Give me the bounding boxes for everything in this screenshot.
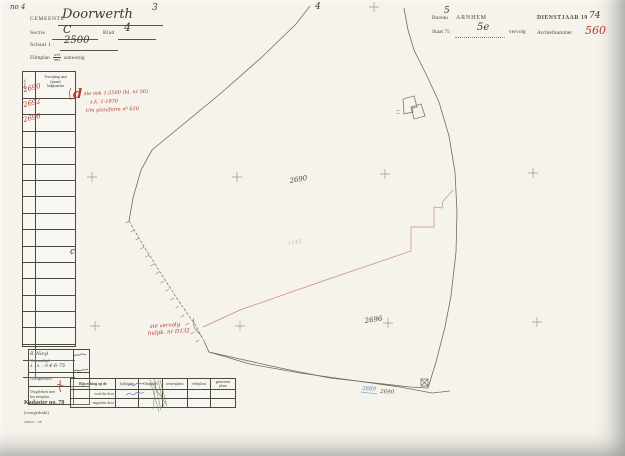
grid-crosses: [87, 2, 542, 331]
hulpkaart-row: [23, 181, 75, 197]
bijwerking-col-nettenplans: nettenplans: [163, 379, 188, 390]
red-note-line2: z.k. 1-1970: [90, 99, 118, 106]
hulpkaart-row: [23, 247, 75, 263]
vervaardigd-date-value: 4-6-75: [49, 363, 65, 369]
blad-label: Blad: [103, 30, 115, 36]
filmplan-label: Filmplan: [30, 55, 50, 61]
archiefnummer-value: 560: [585, 24, 606, 37]
bijwerking-col-bijbladen: bijbladen: [116, 379, 139, 390]
blad-underline: [118, 38, 156, 40]
hulpkaart-row: [23, 214, 75, 230]
sectie-label: Sectie: [30, 30, 45, 36]
archiefnummer-label: Archiefnummer: [537, 30, 572, 36]
kadaster-printed-label: (voorgedrukt): [24, 410, 49, 415]
dienstjaar-value: 74: [589, 11, 600, 21]
schaal-label: Schaal 1 :: [30, 42, 55, 48]
bureau-label: Bureau: [432, 15, 448, 21]
slope-edge: [126, 221, 204, 342]
corner-sheet-number: no 4: [10, 3, 25, 11]
map-red-note-l2: hulpk. nr D132: [148, 328, 191, 337]
bijwerking-col-veldplans: veldplans: [188, 379, 211, 390]
monument-square: [421, 379, 428, 386]
hulpkaart-row: [23, 148, 75, 164]
schaal-value: 2500: [64, 35, 89, 46]
hulpkaart-row: [23, 328, 75, 344]
gemeente-underline: [58, 24, 163, 26]
hulpkaart-row: [23, 296, 75, 312]
bijwerking-row-verricht: verricht door: [71, 390, 236, 399]
building-outline: [396, 96, 425, 119]
bijwerking-col-gemeenteplans: gemeente plans: [211, 379, 236, 390]
staat-label: Staat 75: [432, 29, 450, 35]
kadaster-form-label: Kadaster no. 78: [24, 400, 64, 406]
nagezien-door-label: nagezien door: [71, 399, 116, 408]
hulpkaart-row: [23, 230, 75, 246]
hulpkaart-row: [23, 263, 75, 279]
hulpkaart-table: plan nr. Verwijzing naar (naam) hulpkaar…: [22, 71, 76, 347]
parcel-label-2690: 2690: [288, 174, 308, 185]
vervaardigd-signature-cell: [73, 350, 89, 372]
filmplan-wel-niet: wel niet: [53, 53, 61, 62]
parcel-boundary: [129, 6, 457, 393]
sheet-number-3: 3: [152, 3, 158, 13]
hulpkaart-rows: [23, 99, 75, 378]
staat-dotline: [455, 36, 505, 38]
approval-row-vervaardigd: B. Nieyl Vervaardigd d. – d. – 19 4-6-75: [29, 350, 89, 373]
vervaardigd-date-label: d. – d. – 19: [30, 363, 48, 368]
kadaster-print-code: 22094* - '58: [24, 420, 42, 424]
gemeente-label: GEMEENTE: [30, 16, 64, 22]
pink-survey-line: [203, 190, 453, 327]
parcel-label-faint: 1145: [287, 239, 302, 247]
map-red-note-l1: zie vervolg: [149, 322, 181, 330]
margin-mark-c: c: [70, 247, 75, 257]
staat-value: 5e: [477, 22, 489, 33]
goedgekeurd-label: Goedgekeurd: [30, 376, 52, 381]
filmplan-line: Filmplan wel niet aanwezig: [30, 53, 85, 62]
hulpkaart-col2-header: Verwijzing naar (naam) hulpkaarten: [36, 72, 75, 98]
filmplan-aanwezig: aanwezig: [64, 55, 85, 61]
strip-label-underline: [361, 392, 377, 394]
bijwerking-table: Bijwerking op de bijbladen filmplans net…: [70, 378, 236, 408]
bijwerking-header: Bijwerking op de: [71, 379, 116, 390]
dienstjaar-label: DIENSTJAAR 19: [537, 15, 588, 21]
hulpkaart-row: [23, 279, 75, 295]
vervolg-label: vervolg: [509, 29, 526, 35]
cadastral-sheet: no 4 3 4 5 GEMEENTE Doorwerth Sectie C B…: [0, 0, 625, 456]
bijwerking-col-filmplans: filmplans: [139, 379, 163, 390]
vergeleken-label-l2: het netsplan: [30, 394, 49, 399]
hulpkaart-row: [23, 132, 75, 148]
verricht-door-label: verricht door: [71, 390, 116, 399]
boundary-bottom-lower: [209, 352, 450, 393]
blad-value: 4: [124, 21, 131, 34]
sheet-number-4: 4: [315, 2, 321, 12]
bureau-value: ARNHEM: [456, 15, 487, 21]
hulpkaart-row: [23, 197, 75, 213]
gemeente-value: Doorwerth: [62, 7, 133, 22]
schaal-underline: [60, 49, 118, 51]
red-note-line1: zie ook 1:2500 (bl. nr 56): [84, 89, 148, 97]
hulpkaart-row: [23, 312, 75, 328]
strip-label-blue: 2689: [361, 386, 377, 393]
red-note-line3: t/m plan/form nº 620: [86, 106, 139, 114]
boundary-right: [404, 8, 457, 388]
boundary-left: [129, 6, 310, 221]
parcel-label-2696: 2696: [363, 315, 383, 326]
strip-label-dark: 2690: [379, 389, 395, 396]
boundary-bottom-upper: [204, 341, 428, 388]
bijwerking-row-nagezien: nagezien door: [71, 399, 236, 408]
red-d-mark: d: [73, 87, 82, 102]
filmplan-niet: niet: [54, 58, 60, 62]
approval-name: B. Nieyl: [30, 352, 48, 357]
hulpkaart-row: [23, 165, 75, 181]
